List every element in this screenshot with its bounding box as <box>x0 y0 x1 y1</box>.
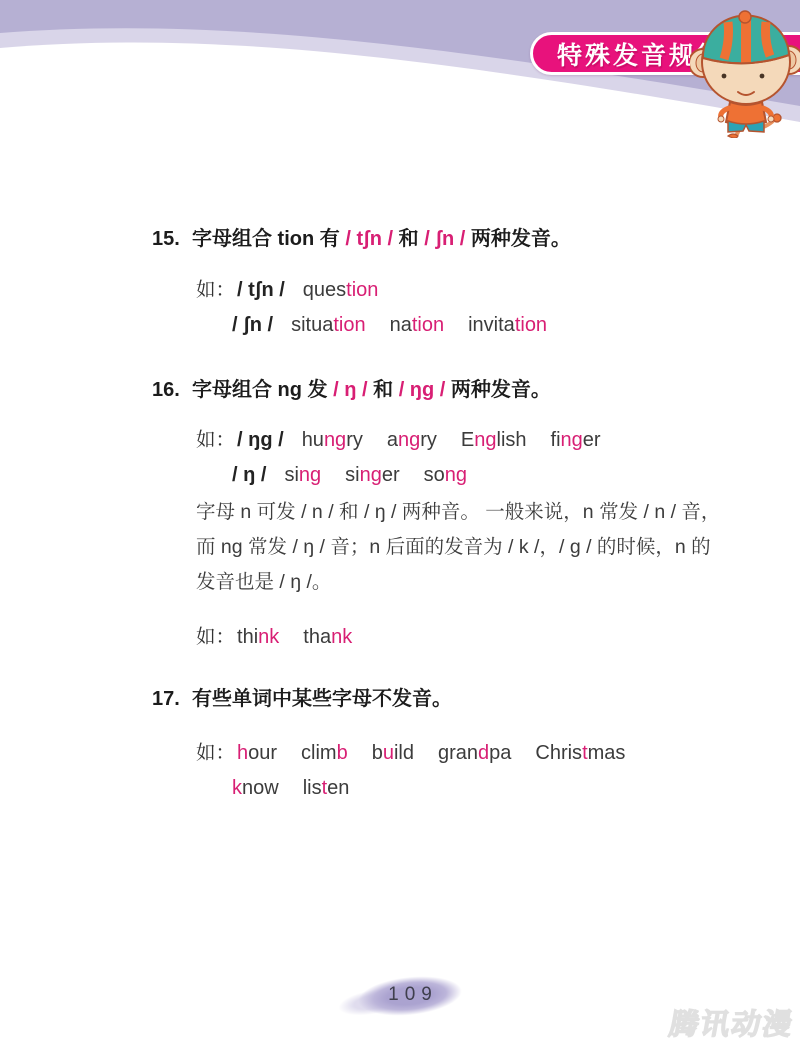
rule-section-16: 16. 字母组合 ng 发 / ŋ / 和 / ŋg / 两种发音。 如：/ ŋ… <box>0 377 800 655</box>
word-segment: / ŋg / <box>237 429 284 451</box>
example-word: English <box>461 423 527 458</box>
example-word: climb <box>301 736 348 771</box>
example-word: question <box>303 273 379 308</box>
rule-number: 15. <box>152 226 192 252</box>
example-label: 如： <box>196 423 235 458</box>
word-segment: si <box>345 464 359 486</box>
example-word: song <box>424 458 467 493</box>
example-word: know <box>232 771 279 806</box>
word-segment: fi <box>551 429 561 451</box>
word-segment: er <box>583 429 601 451</box>
word-segment: ng <box>324 429 346 451</box>
example-word: hungry <box>302 423 363 458</box>
word-segment: u <box>383 742 394 764</box>
text-segment: 字母组合 ng 发 <box>192 379 333 401</box>
word-segment: / tʃn / <box>237 279 285 301</box>
paragraph-line: 字母 n 可发 / n / 和 / ŋ / 两种音。 一般来说，n 常发 / n… <box>196 495 800 530</box>
word-segment: ry <box>346 429 363 451</box>
word-segment: ng <box>561 429 583 451</box>
word-segment: si <box>284 464 298 486</box>
word-segment: b <box>372 742 383 764</box>
text-segment: / ŋ / <box>333 379 367 401</box>
example-label: 如： <box>196 273 235 308</box>
word-segment: ild <box>394 742 414 764</box>
word-segment: h <box>237 742 248 764</box>
example-line: 如：/ ŋg /hungryangryEnglishfinger <box>196 423 800 458</box>
word-segment: ng <box>299 464 321 486</box>
page-header: 特殊发音规律 <box>0 0 800 200</box>
page-number: 109 <box>358 984 462 1006</box>
example-line: 如：hourclimbbuildgrandpaChristmas <box>196 736 800 771</box>
word-segment: ng <box>445 464 467 486</box>
text-segment: / tʃn / <box>345 228 393 250</box>
word-segment: ry <box>420 429 437 451</box>
example-label: 如： <box>196 736 235 771</box>
example-word: situation <box>291 308 366 343</box>
word-segment: tha <box>303 626 331 648</box>
example-line: 如：/ tʃn /question <box>196 273 800 308</box>
word-segment: so <box>424 464 445 486</box>
example-word: singer <box>345 458 400 493</box>
example-word: angry <box>387 423 437 458</box>
word-segment: 如： <box>196 742 235 764</box>
word-segment: 如： <box>196 279 235 301</box>
example-label: 如： <box>196 620 235 655</box>
text-segment: 两种发音。 <box>465 228 571 250</box>
text-segment: / ʃn / <box>424 228 465 250</box>
word-segment: lish <box>497 429 527 451</box>
example-word: thank <box>303 620 352 655</box>
word-segment: 如： <box>196 429 235 451</box>
word-segment: now <box>242 777 279 799</box>
rule-section-15: 15. 字母组合 tion 有 / tʃn / 和 / ʃn / 两种发音。 如… <box>0 226 800 343</box>
word-segment: en <box>327 777 349 799</box>
word-segment: na <box>390 314 412 336</box>
paragraph-line: 而 ng 常发 / ŋ / 音；n 后面的发音为 / k /，/ g / 的时候… <box>196 530 800 565</box>
example-word: think <box>237 620 279 655</box>
word-segment: er <box>382 464 400 486</box>
example-word: listen <box>303 771 350 806</box>
word-segment: b <box>337 742 348 764</box>
text-segment: / ŋg / <box>399 379 446 401</box>
rule-number: 16. <box>152 377 192 403</box>
example-line: knowlisten <box>196 771 800 806</box>
rule-title: 字母组合 ng 发 / ŋ / 和 / ŋg / 两种发音。 <box>192 377 551 403</box>
text-segment: 和 <box>368 379 399 401</box>
book-page: 特殊发音规律 <box>0 0 800 1050</box>
word-segment: 如： <box>196 626 235 648</box>
word-segment: ques <box>303 279 346 301</box>
word-segment: tion <box>515 314 547 336</box>
phonetic-notation: / ʃn / <box>232 308 273 343</box>
example-line: 如：thinkthank <box>196 620 800 655</box>
word-segment: hu <box>302 429 324 451</box>
word-segment: Chris <box>535 742 582 764</box>
word-segment: mas <box>588 742 626 764</box>
word-segment: gran <box>438 742 478 764</box>
example-line: / ŋ /singsingersong <box>196 458 800 493</box>
word-segment: d <box>478 742 489 764</box>
word-segment: tion <box>333 314 365 336</box>
phonetic-notation: / ŋg / <box>237 423 284 458</box>
example-word: hour <box>237 736 277 771</box>
rule-section-17: 17. 有些单词中某些字母不发音。 如：hourclimbbuildgrandp… <box>0 686 800 806</box>
example-block: 如：/ tʃn /question / ʃn /situationnationi… <box>196 273 800 343</box>
phonetic-notation: / tʃn / <box>237 273 285 308</box>
monkey-illustration <box>690 6 800 138</box>
example-word: build <box>372 736 414 771</box>
word-segment: ng <box>474 429 496 451</box>
example-block: 如：/ ŋg /hungryangryEnglishfinger / ŋ /si… <box>196 423 800 493</box>
example-word: finger <box>551 423 601 458</box>
example-line: / ʃn /situationnationinvitation <box>196 308 800 343</box>
word-segment: ng <box>398 429 420 451</box>
word-segment: tion <box>412 314 444 336</box>
rule-heading: 17. 有些单词中某些字母不发音。 <box>152 686 800 712</box>
word-segment: nk <box>258 626 279 648</box>
word-segment: clim <box>301 742 337 764</box>
example-word: invitation <box>468 308 547 343</box>
example-block: 如：hourclimbbuildgrandpaChristmas knowlis… <box>196 736 800 806</box>
header-curve-background <box>0 0 800 200</box>
text-segment: 和 <box>393 228 424 250</box>
text-segment: 两种发音。 <box>445 379 551 401</box>
paragraph-line: 发音也是 / ŋ /。 <box>196 565 800 600</box>
word-segment: situa <box>291 314 333 336</box>
example-word: nation <box>390 308 445 343</box>
phonetic-notation: / ŋ / <box>232 458 266 493</box>
word-segment: thi <box>237 626 258 648</box>
word-segment: k <box>232 777 242 799</box>
note-paragraph: 字母 n 可发 / n / 和 / ŋ / 两种音。 一般来说，n 常发 / n… <box>196 495 800 600</box>
rule-title: 有些单词中某些字母不发音。 <box>192 686 452 712</box>
watermark-logo: 腾讯动漫 <box>666 1002 797 1043</box>
page-content: 15. 字母组合 tion 有 / tʃn / 和 / ʃn / 两种发音。 如… <box>0 200 800 806</box>
word-segment: tion <box>346 279 378 301</box>
example-word: grandpa <box>438 736 511 771</box>
example-word: Christmas <box>535 736 625 771</box>
word-segment: / ŋ / <box>232 464 266 486</box>
word-segment: our <box>248 742 277 764</box>
word-segment: pa <box>489 742 511 764</box>
rule-heading: 15. 字母组合 tion 有 / tʃn / 和 / ʃn / 两种发音。 <box>152 226 800 252</box>
word-segment: invita <box>468 314 515 336</box>
example-word: sing <box>284 458 321 493</box>
text-segment: 有些单词中某些字母不发音。 <box>192 688 452 710</box>
word-segment: / ʃn / <box>232 314 273 336</box>
word-segment: lis <box>303 777 322 799</box>
text-segment: 字母组合 tion 有 <box>192 228 345 250</box>
word-segment: E <box>461 429 474 451</box>
rule-heading: 16. 字母组合 ng 发 / ŋ / 和 / ŋg / 两种发音。 <box>152 377 800 403</box>
word-segment: a <box>387 429 398 451</box>
word-segment: nk <box>331 626 352 648</box>
word-segment: ng <box>360 464 382 486</box>
rule-number: 17. <box>152 686 192 712</box>
rule-title: 字母组合 tion 有 / tʃn / 和 / ʃn / 两种发音。 <box>192 226 571 252</box>
example-block: 如：thinkthank <box>196 620 800 655</box>
